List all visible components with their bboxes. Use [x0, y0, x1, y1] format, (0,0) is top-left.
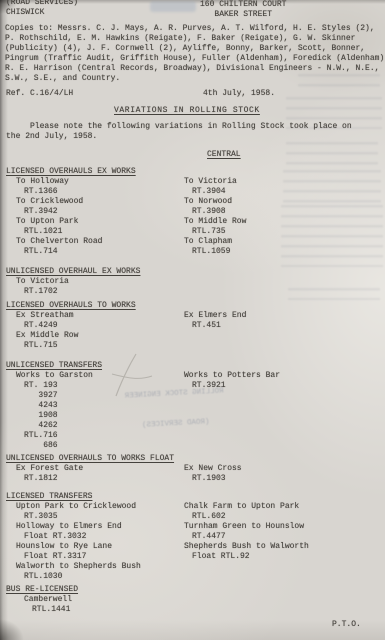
fleet-number: 686 — [6, 441, 93, 451]
section-heading: UNLICENSED OVERHAULS TO WORKS FLOAT — [6, 454, 385, 464]
fleet-number: 3927 — [6, 391, 93, 401]
copies-list: Copies to: Messrs. C. J. Mays, A. R. Pur… — [5, 24, 385, 84]
fleet-number: RT.4477 — [184, 532, 309, 542]
fleet-number: RT.1903 — [184, 474, 242, 484]
depot-entry-name: To Victoria — [6, 277, 69, 287]
fleet-number: 4262 — [6, 421, 93, 431]
fleet-number: RT. 193 — [6, 381, 93, 391]
fleet-number: RTL.1021 — [6, 227, 102, 237]
section-heading: LICENSED OVERHAULS TO WORKS — [6, 301, 385, 311]
copies-line: P. Rothschild, E. M. Hawkins (Reigate), … — [5, 34, 385, 44]
depot-entry-name: Holloway to Elmers End — [6, 522, 141, 532]
document-title: VARIATIONS IN ROLLING STOCK — [114, 106, 260, 116]
fleet-number: RTL.1030 — [6, 572, 141, 582]
letterhead-address-line2: BAKER STREET — [200, 10, 286, 20]
fleet-number: RT.451 — [184, 321, 246, 331]
letterhead-office: (ROAD SERVICES) — [6, 0, 78, 8]
depot-entry-name: Ex Streatham — [6, 311, 78, 321]
depot-entry-name: Ex Forest Gate — [6, 464, 83, 474]
intro-line: the 2nd July, 1958. — [6, 132, 352, 142]
depot-entry-name: Hounslow to Rye Lane — [6, 542, 141, 552]
section-column-left: To VictoriaRT.1702 — [6, 277, 69, 297]
depot-entry-name: Ex New Cross — [184, 464, 242, 474]
fleet-number: RTL.1441 — [6, 605, 72, 615]
bleedthrough-text-block — [286, 142, 378, 166]
fleet-number: Float RT.3317 — [6, 552, 141, 562]
depot-entry-name: Shepherds Bush to Walworth — [184, 542, 309, 552]
section-column-right: Chalk Farm to Upton ParkRTL.602Turnham G… — [184, 502, 309, 562]
depot-entry-name: To Cricklewood — [6, 197, 102, 207]
copies-line: (Publicity) (4), J. F. Cornwell (2), Ayl… — [5, 44, 385, 54]
fleet-number: Float RT.3032 — [6, 532, 141, 542]
depot-entry-name: Walworth to Shepherds Bush — [6, 562, 141, 572]
depot-entry-name: Upton Park to Cricklewood — [6, 502, 141, 512]
reference-code: Ref. C.16/4/LH — [6, 89, 73, 98]
letterhead-left: (ROAD SERVICES) CHISWICK — [6, 0, 78, 18]
letterhead-right: 160 CHILTERN COURT BAKER STREET — [200, 0, 286, 20]
fleet-number: 1908 — [6, 411, 93, 421]
depot-entry-name: To Clapham — [184, 237, 246, 247]
section-column-left: Ex Forest GateRT.1812 — [6, 464, 83, 484]
fleet-number: RTL.1059 — [184, 247, 246, 257]
depot-entry-name: Chalk Farm to Upton Park — [184, 502, 309, 512]
section-heading: UNLICENSED OVERHAUL EX WORKS — [6, 267, 385, 277]
depot-entry-name: To Middle Row — [184, 217, 246, 227]
document-date: 4th July, 1958. — [203, 89, 275, 99]
section-column-right: Ex New CrossRT.1903 — [184, 464, 242, 484]
fleet-number: RT.3904 — [184, 187, 246, 197]
fleet-number: RT.3035 — [6, 512, 141, 522]
depot-entry-name: Ex Elmers End — [184, 311, 246, 321]
section-column-left: CamberwellRTL.1441 — [6, 595, 72, 615]
fleet-number: RT.4249 — [6, 321, 78, 331]
fleet-number: RT.3942 — [6, 207, 102, 217]
section-column-right: Ex Elmers EndRT.451 — [184, 311, 246, 331]
fleet-number: RT.3908 — [184, 207, 246, 217]
depot-entry-name: To Victoria — [184, 177, 246, 187]
fleet-number: RT.1812 — [6, 474, 83, 484]
depot-entry-name: Works to Garston — [6, 371, 93, 381]
region-heading: CENTRAL — [207, 150, 241, 160]
intro-line: Please note the following variations in … — [6, 122, 352, 132]
fleet-number: RTL.602 — [184, 512, 309, 522]
depot-entry-name: Ex Middle Row — [6, 331, 78, 341]
bleedthrough-text-block — [288, 288, 380, 300]
bleedthrough-text-block — [281, 205, 383, 267]
section-6: BUS RE-LICENSEDCamberwellRTL.1441 — [6, 585, 385, 595]
erasure-smudge — [150, 1, 196, 12]
section-column-right: To VictoriaRT.3904To NorwoodRT.3908To Mi… — [184, 177, 246, 257]
section-column-left: Upton Park to CricklewoodRT.3035Holloway… — [6, 502, 141, 582]
fleet-number: RTL.715 — [6, 341, 78, 351]
section-5: LICENSED TRANSFERSUpton Park to Cricklew… — [6, 492, 385, 502]
section-0: LICENSED OVERHAULS EX WORKSTo HollowayRT… — [6, 167, 385, 177]
copies-line: Pingrum (Traffic Audit, Griffith House),… — [5, 54, 385, 64]
section-heading: LICENSED TRANSFERS — [6, 492, 385, 502]
letterhead-location: CHISWICK — [6, 8, 78, 18]
scanned-document-page: (ROAD SERVICES) CHISWICK 160 CHILTERN CO… — [0, 0, 385, 640]
fleet-number: 4243 — [6, 401, 93, 411]
fleet-number: RT.1366 — [6, 187, 102, 197]
bleedthrough-stamp-line: (ROAD SERVICES) — [126, 416, 226, 431]
letterhead-address-line1: 160 CHILTERN COURT — [200, 0, 286, 10]
depot-entry-name: To Norwood — [184, 197, 246, 207]
section-column-left: Ex StreathamRT.4249Ex Middle RowRTL.715 — [6, 311, 78, 351]
depot-entry-name: Turnham Green to Hounslow — [184, 522, 309, 532]
section-2: LICENSED OVERHAULS TO WORKSEx StreathamR… — [6, 301, 385, 311]
pto-note: P.T.O. — [332, 620, 361, 630]
depot-entry-name: To Holloway — [6, 177, 102, 187]
fleet-number: RT.1702 — [6, 287, 69, 297]
depot-entry-name: Camberwell — [6, 595, 72, 605]
fleet-number: RTL.716 — [6, 431, 93, 441]
reference-line: Ref. C.16/4/LH 4th July, 1958. — [6, 89, 379, 99]
fleet-number: RTL.714 — [6, 247, 102, 257]
section-column-left: Works to GarstonRT. 193 3927 4243 1908 4… — [6, 371, 93, 451]
intro-paragraph: Please note the following variations in … — [6, 122, 352, 142]
section-heading: BUS RE-LICENSED — [6, 585, 385, 595]
fleet-number: Float RTL.92 — [184, 552, 309, 562]
section-1: UNLICENSED OVERHAUL EX WORKSTo VictoriaR… — [6, 267, 385, 277]
copies-line: S.W., S.E., and Country. — [5, 74, 385, 84]
section-column-left: To HollowayRT.1366To CricklewoodRT.3942T… — [6, 177, 102, 257]
section-4: UNLICENSED OVERHAULS TO WORKS FLOATEx Fo… — [6, 454, 385, 464]
copies-line: R. E. Harrison (Central Records, Broadwa… — [5, 64, 385, 74]
depot-entry-name: To Chelverton Road — [6, 237, 102, 247]
fleet-number: RTL.735 — [184, 227, 246, 237]
copies-line: Copies to: Messrs. C. J. Mays, A. R. Pur… — [5, 24, 385, 34]
depot-entry-name: To Upton Park — [6, 217, 102, 227]
section-heading: LICENSED OVERHAULS EX WORKS — [6, 167, 385, 177]
pencil-mark — [106, 350, 156, 400]
